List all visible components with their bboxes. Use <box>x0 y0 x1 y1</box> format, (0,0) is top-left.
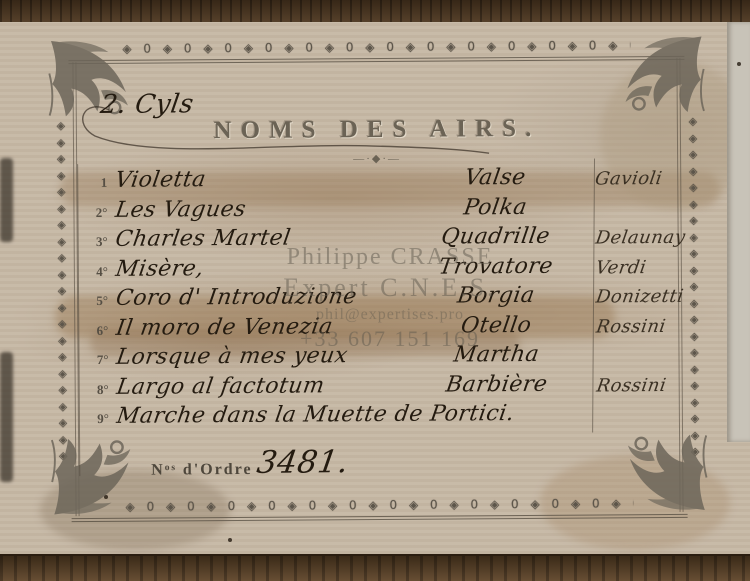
table-row: 8° Largo al factotum Barbière Rossini <box>45 370 713 404</box>
row-number: 8° <box>83 381 109 397</box>
work-or-genre: Otello <box>398 312 594 338</box>
order-line: Nᵒˢ d'Ordre 3481. <box>45 444 713 499</box>
table-row: 4° Misère, Trovatore Verdi <box>44 252 712 286</box>
work-or-genre: Barbière <box>399 371 595 397</box>
adjacent-sheet-ornament <box>0 158 13 242</box>
work-or-genre: Borgia <box>398 282 594 308</box>
order-label: Nᵒˢ d'Ordre <box>151 461 252 480</box>
composer-name: Rossini <box>595 374 728 396</box>
cylinder-note: 2. Cyls <box>98 89 195 120</box>
table-row: 9° Marche dans la Muette de Portici. <box>45 400 713 434</box>
air-title: Charles Martel <box>114 226 293 252</box>
row-number: 4° <box>82 263 108 279</box>
adjacent-sheet-ornament <box>0 352 13 482</box>
tune-sheet-card: ◈ 0 ◈ 0 ◈ 0 ◈ 0 ◈ 0 ◈ 0 ◈ 0 ◈ 0 ◈ 0 ◈ 0 … <box>42 28 714 547</box>
air-title: Lorsque à mes yeux <box>115 343 350 370</box>
work-or-genre: Martha <box>399 341 595 367</box>
table-row: 3° Charles Martel Quadrille Delaunay <box>44 223 712 257</box>
paper-edge <box>727 22 750 442</box>
composer-name: Donizetti <box>594 286 727 308</box>
air-title: Coro d' Introduzione <box>114 284 359 311</box>
composer-name <box>596 345 726 346</box>
air-title: Marche dans la Muette de Portici. <box>115 401 516 429</box>
air-title: Misère, <box>114 256 206 282</box>
row-number: 2° <box>81 204 107 220</box>
wood-frame-top <box>0 0 750 22</box>
work-or-genre: Trovatore <box>398 253 594 279</box>
wood-frame-bottom <box>0 554 750 581</box>
order-number: 3481. <box>254 444 351 481</box>
ornament-chain-top: ◈ 0 ◈ 0 ◈ 0 ◈ 0 ◈ 0 ◈ 0 ◈ 0 ◈ 0 ◈ 0 ◈ 0 … <box>122 36 630 58</box>
air-title: Largo al factotum <box>115 373 327 399</box>
photograph-of-music-box-tune-sheet: ◈ 0 ◈ 0 ◈ 0 ◈ 0 ◈ 0 ◈ 0 ◈ 0 ◈ 0 ◈ 0 ◈ 0 … <box>0 0 750 581</box>
row-number: 7° <box>82 352 108 368</box>
composer-name: Gavioli <box>594 168 727 190</box>
table-row: 5° Coro d' Introduzione Borgia Donizetti <box>44 282 712 316</box>
row-number: 1 <box>81 175 107 191</box>
air-title: Violetta <box>113 167 207 193</box>
composer-name: Rossini <box>595 315 728 337</box>
composer-name <box>595 197 725 198</box>
work-or-genre: Polka <box>398 194 594 220</box>
tune-list: 1 Violetta Valse Gavioli 2° Les Vagues P… <box>43 164 713 434</box>
row-number: 6° <box>82 322 108 338</box>
air-title: Les Vagues <box>114 196 248 222</box>
corner-acanthus-icon <box>621 31 708 118</box>
table-row: 1 Violetta Valse Gavioli <box>43 164 711 198</box>
composer-name: Verdi <box>594 256 727 278</box>
composer-name: Delaunay <box>594 227 727 249</box>
air-title: Il moro de Venezia <box>114 314 334 341</box>
dust-speck <box>737 62 741 66</box>
table-row: 2° Les Vagues Polka <box>43 193 711 227</box>
row-number: 9° <box>83 411 109 427</box>
composer-name <box>597 404 727 405</box>
sheet-title: NOMS DES AIRS. <box>43 114 711 147</box>
row-number: 3° <box>82 234 108 250</box>
work-or-genre: Valse <box>397 164 593 190</box>
table-row: 6° Il moro de Venezia Otello Rossini <box>44 311 712 345</box>
table-row: 7° Lorsque à mes yeux Martha <box>44 341 712 375</box>
ornament-chain-bottom: ◈ 0 ◈ 0 ◈ 0 ◈ 0 ◈ 0 ◈ 0 ◈ 0 ◈ 0 ◈ 0 ◈ 0 … <box>125 494 633 516</box>
row-number: 5° <box>82 293 108 309</box>
work-or-genre: Quadrille <box>398 223 594 249</box>
